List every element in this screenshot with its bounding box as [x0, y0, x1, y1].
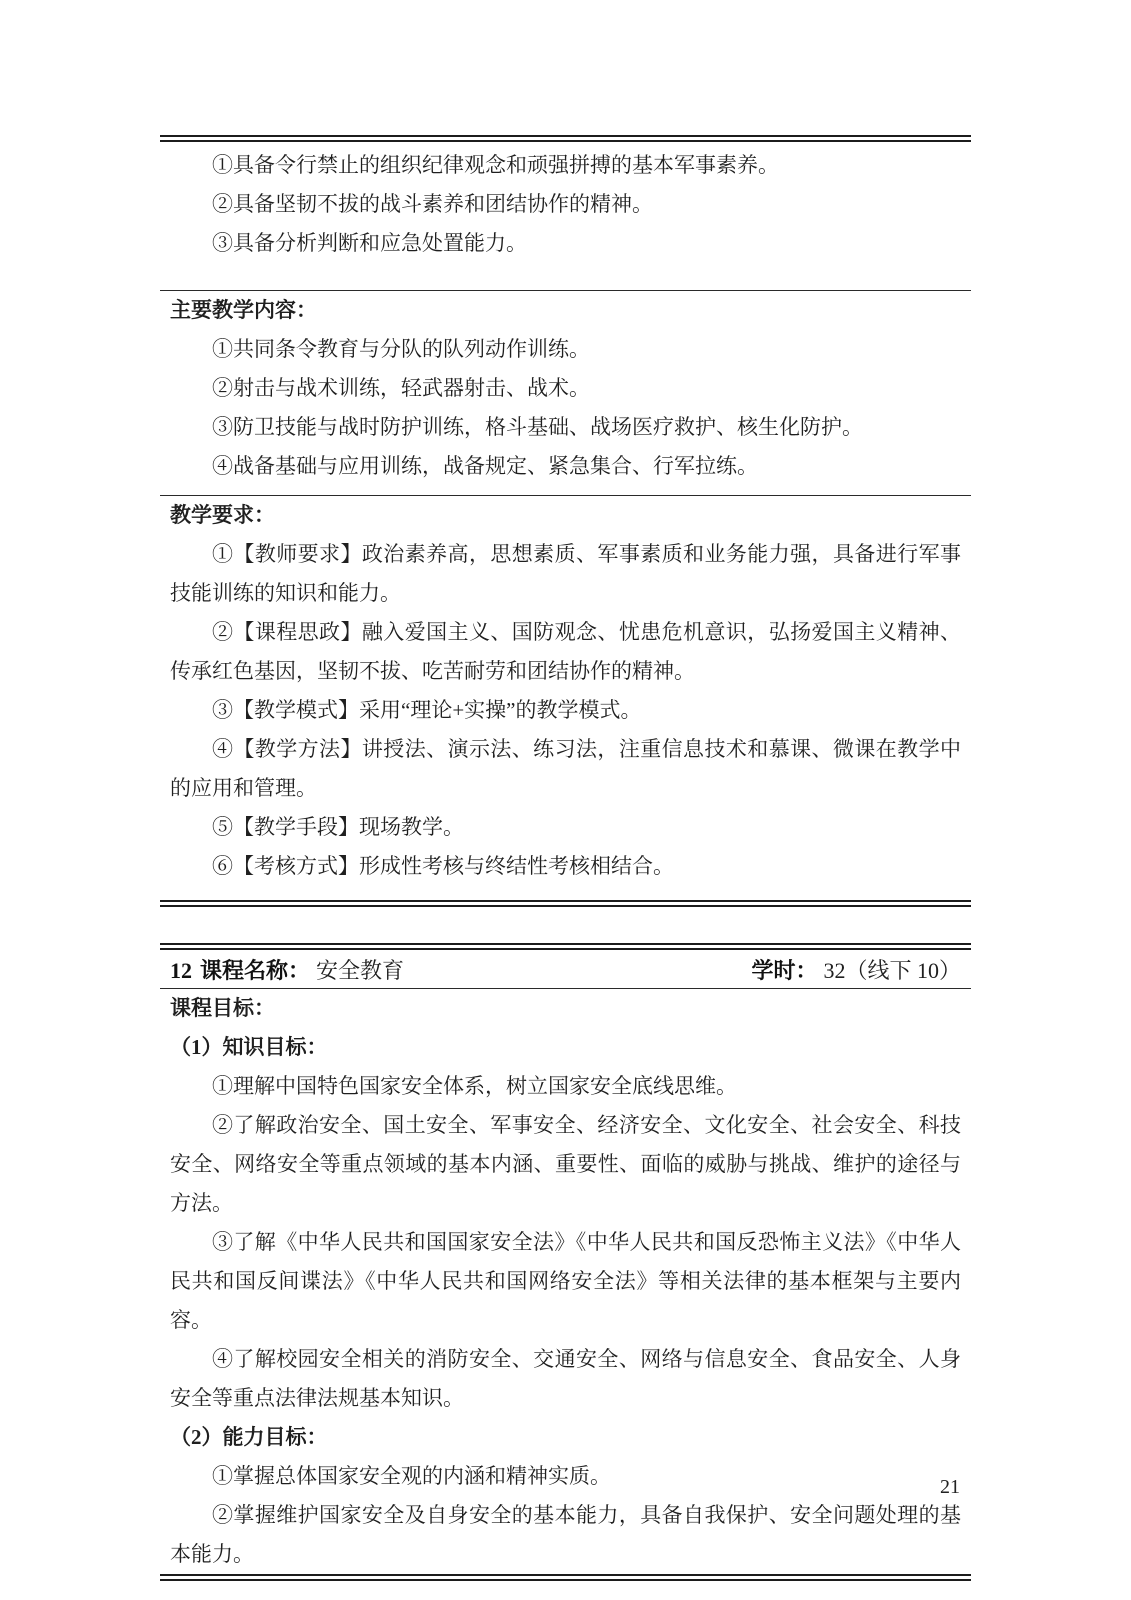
course12-header-row: 12 课程名称： 安全教育 学时： 32（线下 10） [160, 950, 971, 988]
ability-objective-item: ②掌握维护国家安全及自身安全的基本能力，具备自我保护、安全问题处理的基本能力。 [170, 1496, 961, 1574]
table-gap [160, 907, 971, 943]
knowledge-item: ④了解校园安全相关的消防安全、交通安全、网络与信息安全、食品安全、人身安全等重点… [170, 1340, 961, 1418]
hours-value: 32（线下 10） [823, 954, 961, 985]
course12-title: 12 课程名称： 安全教育 [170, 954, 404, 985]
ability-objective-item: ①掌握总体国家安全观的内涵和精神实质。 [170, 1457, 961, 1496]
course12-hours: 学时： 32（线下 10） [751, 954, 961, 985]
teaching-requirements-heading: 教学要求： [170, 496, 961, 535]
requirement-item: ③【教学模式】采用“理论+实操”的教学模式。 [170, 691, 961, 730]
teaching-content-item: ④战备基础与应用训练，战备规定、紧急集合、行军拉练。 [170, 447, 961, 486]
knowledge-item: ②了解政治安全、国土安全、军事安全、经济安全、文化安全、社会安全、科技安全、网络… [170, 1106, 961, 1223]
course-name: 安全教育 [316, 954, 404, 985]
table1-top-border [160, 135, 971, 142]
requirement-item: ②【课程思政】融入爱国主义、国防观念、忧患危机意识，弘扬爱国主义精神、传承红色基… [170, 613, 961, 691]
requirement-item: ⑥【考核方式】形成性考核与终结性考核相结合。 [170, 847, 961, 886]
course11-teaching-content-section: 主要教学内容： ①共同条令教育与分队的队列动作训练。 ②射击与战术训练，轻武器射… [160, 291, 971, 495]
ability-objectives-heading: （2）能力目标： [170, 1418, 961, 1457]
table1-bottom-border [160, 900, 971, 907]
page-number: 21 [940, 1476, 960, 1499]
requirement-item: ①【教师要求】政治素养高，思想素质、军事素质和业务能力强，具备进行军事技能训练的… [170, 535, 961, 613]
teaching-content-item: ①共同条令教育与分队的队列动作训练。 [170, 330, 961, 369]
knowledge-item: ①理解中国特色国家安全体系，树立国家安全底线思维。 [170, 1067, 961, 1106]
requirement-item: ⑤【教学手段】现场教学。 [170, 808, 961, 847]
teaching-content-item: ②射击与战术训练，轻武器射击、战术。 [170, 369, 961, 408]
table2-top-border [160, 943, 971, 950]
teaching-content-heading: 主要教学内容： [170, 291, 961, 330]
ability-item: ①具备令行禁止的组织纪律观念和顽强拼搏的基本军事素养。 [170, 146, 961, 185]
course-number: 12 [170, 958, 192, 984]
ability-item: ②具备坚韧不拔的战斗素养和团结协作的精神。 [170, 185, 961, 224]
teaching-content-item: ③防卫技能与战时防护训练，格斗基础、战场医疗救护、核生化防护。 [170, 408, 961, 447]
ability-item: ③具备分析判断和应急处置能力。 [170, 224, 961, 263]
course11-requirements-section: 教学要求： ①【教师要求】政治素养高，思想素质、军事素质和业务能力强，具备进行军… [160, 496, 971, 900]
document-page: ①具备令行禁止的组织纪律观念和顽强拼搏的基本军事素养。 ②具备坚韧不拔的战斗素养… [0, 0, 1131, 1600]
course-name-label: 课程名称： [200, 954, 310, 985]
course-objectives-heading: 课程目标： [170, 989, 961, 1028]
course12-objectives-section: 课程目标： （1）知识目标： ①理解中国特色国家安全体系，树立国家安全底线思维。… [160, 989, 971, 1574]
document-content: ①具备令行禁止的组织纪律观念和顽强拼搏的基本军事素养。 ②具备坚韧不拔的战斗素养… [160, 135, 971, 1581]
knowledge-objectives-heading: （1）知识目标： [170, 1028, 961, 1067]
knowledge-item: ③了解《中华人民共和国国家安全法》《中华人民共和国反恐怖主义法》《中华人民共和国… [170, 1223, 961, 1340]
hours-label: 学时： [751, 954, 817, 985]
table2-bottom-border [160, 1574, 971, 1581]
requirement-item: ④【教学方法】讲授法、演示法、练习法，注重信息技术和慕课、微课在教学中的应用和管… [170, 730, 961, 808]
course11-ability-section: ①具备令行禁止的组织纪律观念和顽强拼搏的基本军事素养。 ②具备坚韧不拔的战斗素养… [160, 142, 971, 290]
